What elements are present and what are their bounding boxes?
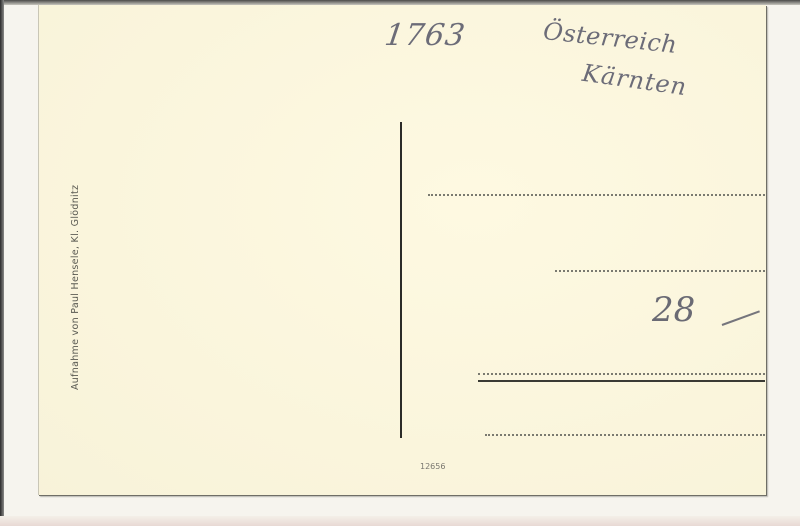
address-line-2	[555, 270, 765, 272]
print-number: 12656	[420, 462, 445, 471]
address-line-1	[428, 194, 765, 196]
scan-bottom-band	[0, 516, 800, 526]
address-underline	[478, 380, 765, 382]
address-line-4	[485, 434, 765, 436]
scan-left-edge	[0, 0, 4, 526]
address-line-3	[478, 373, 765, 375]
handwritten-price: 28	[652, 290, 695, 330]
center-divider	[400, 122, 402, 438]
handwritten-inventory-number: 1763	[383, 18, 468, 53]
photographer-credit: Aufnahme von Paul Hensele, Kl. Glödnitz	[70, 130, 81, 390]
